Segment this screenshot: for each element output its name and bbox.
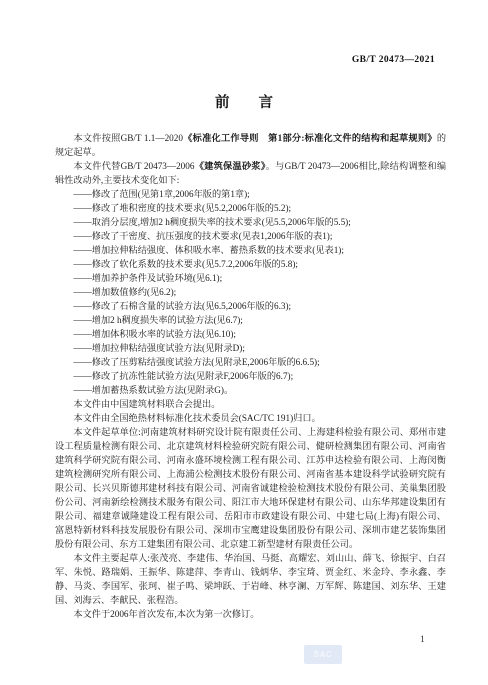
change-item: ——修改了软化系数的技术要求(见5.7.2,2006年版的5.8); bbox=[55, 257, 446, 271]
change-item: ——修改了堆积密度的技术要求(见5.2,2006年版的5.2); bbox=[55, 201, 446, 215]
change-item: ——增加2 h稠度损失率的试验方法(见6.7); bbox=[55, 313, 446, 327]
change-item: ——修改了范围(见第1章,2006年版的第1章); bbox=[55, 187, 446, 201]
change-item: ——修改了抗冻性能试验方法(见附录F,2006年版的6.7); bbox=[55, 369, 446, 383]
change-item: ——修改了石棉含量的试验方法(见6.5,2006年版的6.3); bbox=[55, 299, 446, 313]
change-item: ——增加数值修约(见6.2); bbox=[55, 285, 446, 299]
text-segment: 本文件代替GB/T 20473—2006 bbox=[73, 161, 194, 171]
sac-watermark: SAC bbox=[304, 645, 342, 664]
paragraph-drafting-units: 本文件起草单位:河南建筑材料研究设计院有限责任公司、上海建科检验有限公司、郑州市… bbox=[55, 425, 446, 551]
paragraph-centralizing-committee: 本文件由全国绝热材料标准化技术委员会(SAC/TC 191)归口。 bbox=[55, 411, 446, 425]
change-item: ——修改了干密度、抗压强度的技术要求(见表1,2006年版的表1); bbox=[55, 229, 446, 243]
text-segment: 本文件按照GB/T 1.1—2020 bbox=[73, 133, 183, 143]
change-item: ——取消分层度,增加2 h稠度损失率的技术要求(见5.5,2006年版的5.5)… bbox=[55, 215, 446, 229]
change-list: ——修改了范围(见第1章,2006年版的第1章); ——修改了堆积密度的技术要求… bbox=[55, 187, 446, 397]
paragraph-drafters: 本文件主要起草人:张茂亮、李建伟、华治国、马挺、高耀宏、刘山山、薛飞、徐振宇、白… bbox=[55, 551, 446, 607]
change-item: ——增加蓄热系数试验方法(见附录G)。 bbox=[55, 383, 446, 397]
referenced-standard-title: 《建筑保温砂浆》 bbox=[194, 161, 265, 171]
paragraph-replacement: 本文件代替GB/T 20473—2006《建筑保温砂浆》。与GB/T 20473… bbox=[55, 159, 446, 187]
page-title: 前 言 bbox=[0, 91, 488, 112]
page-number: 1 bbox=[420, 635, 425, 645]
paragraph-drafting-basis: 本文件按照GB/T 1.1—2020《标准化工作导则 第1部分:标准化文件的结构… bbox=[55, 131, 446, 159]
standard-code: GB/T 20473—2021 bbox=[55, 55, 435, 65]
document-page: GB/T 20473—2021 前 言 本文件按照GB/T 1.1—2020《标… bbox=[0, 0, 488, 685]
change-item: ——增加养护条件及试验环境(见6.1); bbox=[55, 271, 446, 285]
change-item: ——增加体积吸水率的试验方法(见6.10); bbox=[55, 327, 446, 341]
change-item: ——增加拉伸粘结强度试验方法(见附录D); bbox=[55, 341, 446, 355]
change-item: ——增加拉伸粘结强度、体积吸水率、蓄热系数的技术要求(见表1); bbox=[55, 243, 446, 257]
paragraph-proposing-org: 本文件由中国建筑材料联合会提出。 bbox=[55, 397, 446, 411]
change-item: ——修改了压剪粘结强度试验方法(见附录E,2006年版的6.6.5); bbox=[55, 355, 446, 369]
paragraph-revision-history: 本文件于2006年首次发布,本次为第一次修订。 bbox=[55, 607, 446, 621]
foreword-body: 本文件按照GB/T 1.1—2020《标准化工作导则 第1部分:标准化文件的结构… bbox=[55, 131, 446, 621]
referenced-standard-title: 《标准化工作导则 第1部分:标准化文件的结构和起草规则》 bbox=[183, 133, 437, 143]
